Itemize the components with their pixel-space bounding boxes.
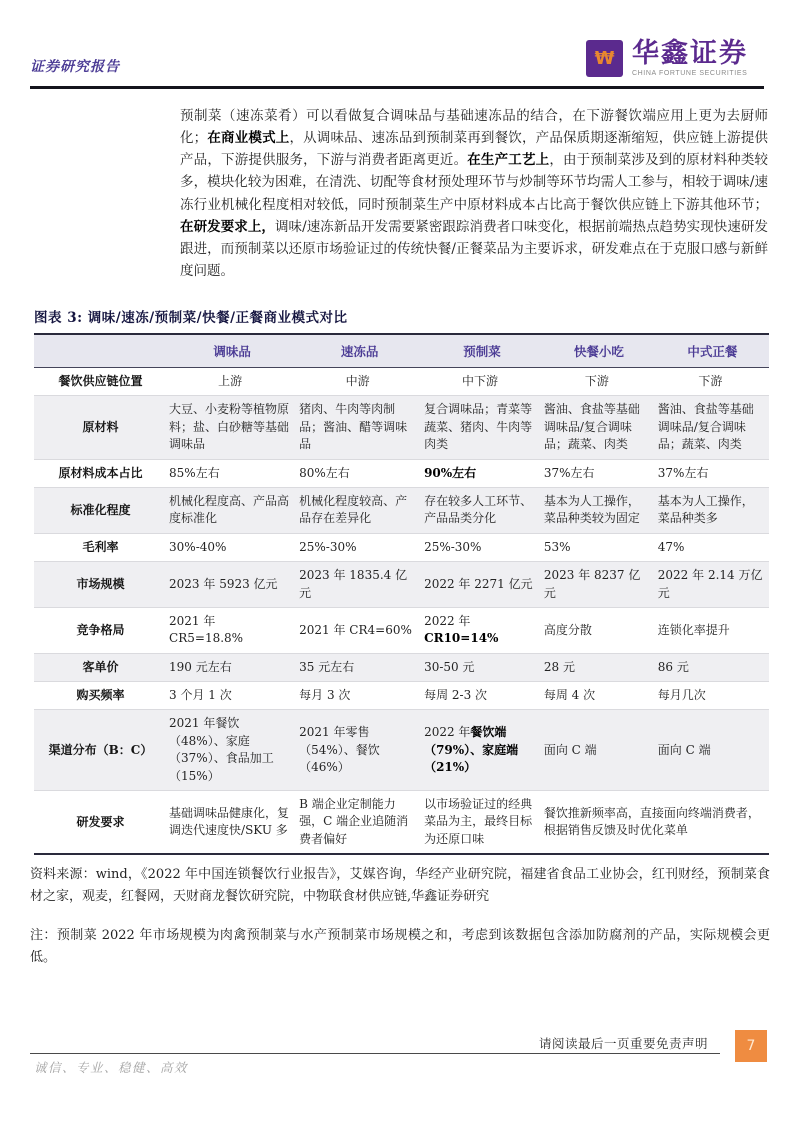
table-cell: 上游 xyxy=(167,368,297,396)
table-cell: 机械化程度高、产品高度标准化 xyxy=(167,487,297,533)
bold-text-segment: 在生产工艺上 xyxy=(467,152,549,168)
text-segment: 连锁化率提升 xyxy=(658,623,730,637)
brand-text: 华鑫证券 CHINA FORTUNE SECURITIES xyxy=(632,40,748,77)
table-cell: 餐饮推新频率高，直接面向终端消费者，根据销售反馈及时优化菜单 xyxy=(542,791,769,855)
footer-divider xyxy=(30,1053,720,1054)
brand-logo-glyph: ₩ xyxy=(595,48,615,69)
text-segment: 85%左右 xyxy=(169,466,220,480)
text-segment: 餐饮推新频率高，直接面向终端消费者，根据销售反馈及时优化菜单 xyxy=(544,806,760,837)
text-segment: 面向 C 端 xyxy=(544,743,597,757)
text-segment: 上游 xyxy=(218,374,242,388)
table-cell: 每月 3 次 xyxy=(297,682,422,710)
text-segment: 25%-30% xyxy=(424,540,481,554)
text-segment: 面向 C 端 xyxy=(658,743,711,757)
text-segment: 25%-30% xyxy=(299,540,356,554)
table-cell: 86 元 xyxy=(656,653,769,681)
table-cell: 35 元左右 xyxy=(297,653,422,681)
bold-text-segment: CR10=14% xyxy=(424,631,498,645)
table-row: 购买频率3 个月 1 次每月 3 次每周 2-3 次每周 4 次每月几次 xyxy=(34,682,769,710)
row-label: 市场规模 xyxy=(34,562,167,608)
page-number-badge: 7 xyxy=(735,1030,767,1062)
text-segment: 53% xyxy=(544,540,571,554)
table-cell: 大豆、小麦粉等植物原料；盐、白砂糖等基础调味品 xyxy=(167,396,297,459)
header-divider xyxy=(30,86,764,89)
column-header: 调味品 xyxy=(167,334,297,368)
table-cell: 37%左右 xyxy=(542,459,656,487)
text-segment: 每月 3 次 xyxy=(299,688,350,702)
table-cell: 酱油、食盐等基础调味品/复合调味品；蔬菜、肉类 xyxy=(542,396,656,459)
text-segment: 80%左右 xyxy=(299,466,350,480)
table-cell: 面向 C 端 xyxy=(542,710,656,791)
brand-logo-icon: ₩ xyxy=(586,40,623,77)
table-cell: 中下游 xyxy=(422,368,542,396)
footer-motto: 诚信、专业、稳健、高效 xyxy=(34,1058,188,1076)
text-segment: 每月几次 xyxy=(658,688,706,702)
table-cell: 基础调味品健康化，复调迭代速度快/SKU 多 xyxy=(167,791,297,855)
report-type-label: 证券研究报告 xyxy=(30,56,120,76)
figure-section: 图表 3: 调味/速冻/预制菜/快餐/正餐商业模式对比 调味品速冻品预制菜快餐小… xyxy=(0,306,794,970)
text-segment: 37%左右 xyxy=(544,466,595,480)
text-segment: 2021 年 CR4=60% xyxy=(299,623,412,637)
bold-text-segment: 在商业模式上 xyxy=(207,130,289,146)
table-cell: 47% xyxy=(656,533,769,561)
text-segment: 2022 年 2.14 万亿元 xyxy=(658,568,763,599)
table-cell: 2021 年餐饮（48%）、家庭（37%）、食品加工（15%） xyxy=(167,710,297,791)
table-cell: 80%左右 xyxy=(297,459,422,487)
column-header: 快餐小吃 xyxy=(542,334,656,368)
text-segment: 基本为人工操作，菜品种类多 xyxy=(658,494,754,525)
table-cell: 机械化程度较高、产品存在差异化 xyxy=(297,487,422,533)
table-cell: 25%-30% xyxy=(297,533,422,561)
row-label: 餐饮供应链位置 xyxy=(34,368,167,396)
table-cell: 2022 年餐饮端（79%）、家庭端（21%） xyxy=(422,710,542,791)
row-label: 毛利率 xyxy=(34,533,167,561)
brand-logo: ₩ 华鑫证券 CHINA FORTUNE SECURITIES xyxy=(586,40,748,77)
text-segment: 猪肉、牛肉等肉制品；酱油、醋等调味品 xyxy=(299,402,407,451)
intro-paragraph: 预制菜（速冻菜肴）可以看做复合调味品与基础速冻品的结合，在下游餐饮端应用上更为去… xyxy=(180,105,768,282)
text-segment: 存在较多人工环节、产品品类分化 xyxy=(424,494,532,525)
brand-name: 华鑫证券 xyxy=(632,40,748,67)
table-cell: 基本为人工操作，菜品种类较为固定 xyxy=(542,487,656,533)
table-cell: 28 元 xyxy=(542,653,656,681)
table-cell: 每月几次 xyxy=(656,682,769,710)
bold-text-segment: 在研发要求上， xyxy=(180,219,275,235)
table-row: 标准化程度机械化程度高、产品高度标准化机械化程度较高、产品存在差异化存在较多人工… xyxy=(34,487,769,533)
table-cell: 90%左右 xyxy=(422,459,542,487)
text-segment: 机械化程度高、产品高度标准化 xyxy=(169,494,289,525)
table-cell: 37%左右 xyxy=(656,459,769,487)
table-cell: 3 个月 1 次 xyxy=(167,682,297,710)
text-segment: 2022 年 xyxy=(424,614,470,628)
brand-subtitle: CHINA FORTUNE SECURITIES xyxy=(632,70,748,77)
table-cell: 复合调味品；青菜等蔬菜、猪肉、牛肉等肉类 xyxy=(422,396,542,459)
table-cell: 酱油、食盐等基础调味品/复合调味品；蔬菜、肉类 xyxy=(656,396,769,459)
text-segment: 2021 年零售（54%）、餐饮（46%） xyxy=(299,725,380,774)
table-cell: 2022 年 2271 亿元 xyxy=(422,562,542,608)
comparison-table: 调味品速冻品预制菜快餐小吃中式正餐餐饮供应链位置上游中游中下游下游下游原材料大豆… xyxy=(34,333,769,855)
text-segment: 机械化程度较高、产品存在差异化 xyxy=(299,494,407,525)
text-segment: 高度分散 xyxy=(544,623,592,637)
text-segment: 190 元左右 xyxy=(169,660,232,674)
text-segment: 基本为人工操作，菜品种类较为固定 xyxy=(544,494,640,525)
text-segment: 3 个月 1 次 xyxy=(169,688,232,702)
figure-title: 图表 3: 调味/速冻/预制菜/快餐/正餐商业模式对比 xyxy=(34,306,794,326)
text-segment: 2021 年餐饮（48%）、家庭（37%）、食品加工（15%） xyxy=(169,716,274,782)
text-segment: 每周 4 次 xyxy=(544,688,595,702)
table-row: 研发要求基础调味品健康化，复调迭代速度快/SKU 多B 端企业定制能力强，C 端… xyxy=(34,791,769,855)
table-row: 原材料成本占比85%左右80%左右90%左右37%左右37%左右 xyxy=(34,459,769,487)
table-cell: 存在较多人工环节、产品品类分化 xyxy=(422,487,542,533)
table-header-row: 调味品速冻品预制菜快餐小吃中式正餐 xyxy=(34,334,769,368)
table-cell: 猪肉、牛肉等肉制品；酱油、醋等调味品 xyxy=(297,396,422,459)
table-row: 渠道分布（B：C）2021 年餐饮（48%）、家庭（37%）、食品加工（15%）… xyxy=(34,710,769,791)
text-segment: 28 元 xyxy=(544,660,575,674)
table-row: 竞争格局2021 年 CR5=18.8%2021 年 CR4=60%2022 年… xyxy=(34,607,769,653)
row-label: 原材料成本占比 xyxy=(34,459,167,487)
table-row: 餐饮供应链位置上游中游中下游下游下游 xyxy=(34,368,769,396)
table-cell: 53% xyxy=(542,533,656,561)
text-segment: 中游 xyxy=(346,374,370,388)
figure-footnote: 注：预制菜 2022 年市场规模为肉禽预制菜与水产预制菜市场规模之和，考虑到该数… xyxy=(30,925,770,969)
text-segment: 每周 2-3 次 xyxy=(424,688,487,702)
text-segment: 86 元 xyxy=(658,660,689,674)
text-segment: 复合调味品；青菜等蔬菜、猪肉、牛肉等肉类 xyxy=(424,402,532,451)
text-segment: 2022 年 xyxy=(424,725,470,739)
table-cell: 面向 C 端 xyxy=(656,710,769,791)
table-cell: 25%-30% xyxy=(422,533,542,561)
table-cell: 连锁化率提升 xyxy=(656,607,769,653)
text-segment: 下游 xyxy=(698,374,722,388)
table-cell: 2022 年 CR10=14% xyxy=(422,607,542,653)
text-segment: 2021 年 CR5=18.8% xyxy=(169,614,243,645)
bold-text-segment: 90%左右 xyxy=(424,466,476,480)
table-cell: 基本为人工操作，菜品种类多 xyxy=(656,487,769,533)
table-row: 市场规模2023 年 5923 亿元2023 年 1835.4 亿元2022 年… xyxy=(34,562,769,608)
table-cell: 30%-40% xyxy=(167,533,297,561)
table-cell: 2021 年 CR4=60% xyxy=(297,607,422,653)
column-header: 预制菜 xyxy=(422,334,542,368)
text-segment: 37%左右 xyxy=(658,466,709,480)
table-cell: 下游 xyxy=(542,368,656,396)
text-segment: 2023 年 1835.4 亿元 xyxy=(299,568,407,599)
table-cell: 高度分散 xyxy=(542,607,656,653)
text-segment: 35 元左右 xyxy=(299,660,354,674)
table-cell: 2023 年 8237 亿元 xyxy=(542,562,656,608)
text-segment: 以市场验证过的经典菜品为主，最终目标为还原口味 xyxy=(424,797,532,846)
table-cell: B 端企业定制能力强，C 端企业追随消费者偏好 xyxy=(297,791,422,855)
column-header: 中式正餐 xyxy=(656,334,769,368)
text-segment: 基础调味品健康化，复调迭代速度快/SKU 多 xyxy=(169,806,289,837)
table-cell: 190 元左右 xyxy=(167,653,297,681)
table-cell: 2021 年零售（54%）、餐饮（46%） xyxy=(297,710,422,791)
table-row: 原材料大豆、小麦粉等植物原料；盐、白砂糖等基础调味品猪肉、牛肉等肉制品；酱油、醋… xyxy=(34,396,769,459)
row-label: 购买频率 xyxy=(34,682,167,710)
row-label: 客单价 xyxy=(34,653,167,681)
text-segment: 2023 年 8237 亿元 xyxy=(544,568,641,599)
table-cell: 中游 xyxy=(297,368,422,396)
column-header: 速冻品 xyxy=(297,334,422,368)
table-cell: 每周 4 次 xyxy=(542,682,656,710)
table-cell: 30-50 元 xyxy=(422,653,542,681)
row-label: 竞争格局 xyxy=(34,607,167,653)
report-page: 证券研究报告 ₩ 华鑫证券 CHINA FORTUNE SECURITIES 预… xyxy=(0,0,794,1123)
row-label: 研发要求 xyxy=(34,791,167,855)
page-header: 证券研究报告 ₩ 华鑫证券 CHINA FORTUNE SECURITIES xyxy=(0,0,794,77)
text-segment: 酱油、食盐等基础调味品/复合调味品；蔬菜、肉类 xyxy=(544,402,640,451)
table-cell: 每周 2-3 次 xyxy=(422,682,542,710)
text-segment: 47% xyxy=(658,540,685,554)
corner-cell xyxy=(34,334,167,368)
text-segment: B 端企业定制能力强，C 端企业追随消费者偏好 xyxy=(299,797,408,846)
table-row: 客单价190 元左右35 元左右30-50 元28 元86 元 xyxy=(34,653,769,681)
table-cell: 2021 年 CR5=18.8% xyxy=(167,607,297,653)
source-note: 资料来源：wind，《2022 年中国连锁餐饮行业报告》，艾媒咨询，华经产业研究… xyxy=(30,864,770,908)
text-segment: 30%-40% xyxy=(169,540,226,554)
table-cell: 2023 年 1835.4 亿元 xyxy=(297,562,422,608)
table-cell: 下游 xyxy=(656,368,769,396)
row-label: 标准化程度 xyxy=(34,487,167,533)
row-label: 原材料 xyxy=(34,396,167,459)
text-segment: 酱油、食盐等基础调味品/复合调味品；蔬菜、肉类 xyxy=(658,402,754,451)
text-segment: 30-50 元 xyxy=(424,660,474,674)
text-segment: 2022 年 2271 亿元 xyxy=(424,577,533,591)
text-segment: 2023 年 5923 亿元 xyxy=(169,577,278,591)
text-segment: 下游 xyxy=(585,374,609,388)
table-row: 毛利率30%-40%25%-30%25%-30%53%47% xyxy=(34,533,769,561)
table-cell: 2022 年 2.14 万亿元 xyxy=(656,562,769,608)
table-cell: 以市场验证过的经典菜品为主，最终目标为还原口味 xyxy=(422,791,542,855)
text-segment: 大豆、小麦粉等植物原料；盐、白砂糖等基础调味品 xyxy=(169,402,289,451)
row-label: 渠道分布（B：C） xyxy=(34,710,167,791)
table-cell: 2023 年 5923 亿元 xyxy=(167,562,297,608)
table-cell: 85%左右 xyxy=(167,459,297,487)
footer-disclaimer: 请阅读最后一页重要免责声明 xyxy=(539,1034,708,1052)
text-segment: 中下游 xyxy=(462,374,498,388)
